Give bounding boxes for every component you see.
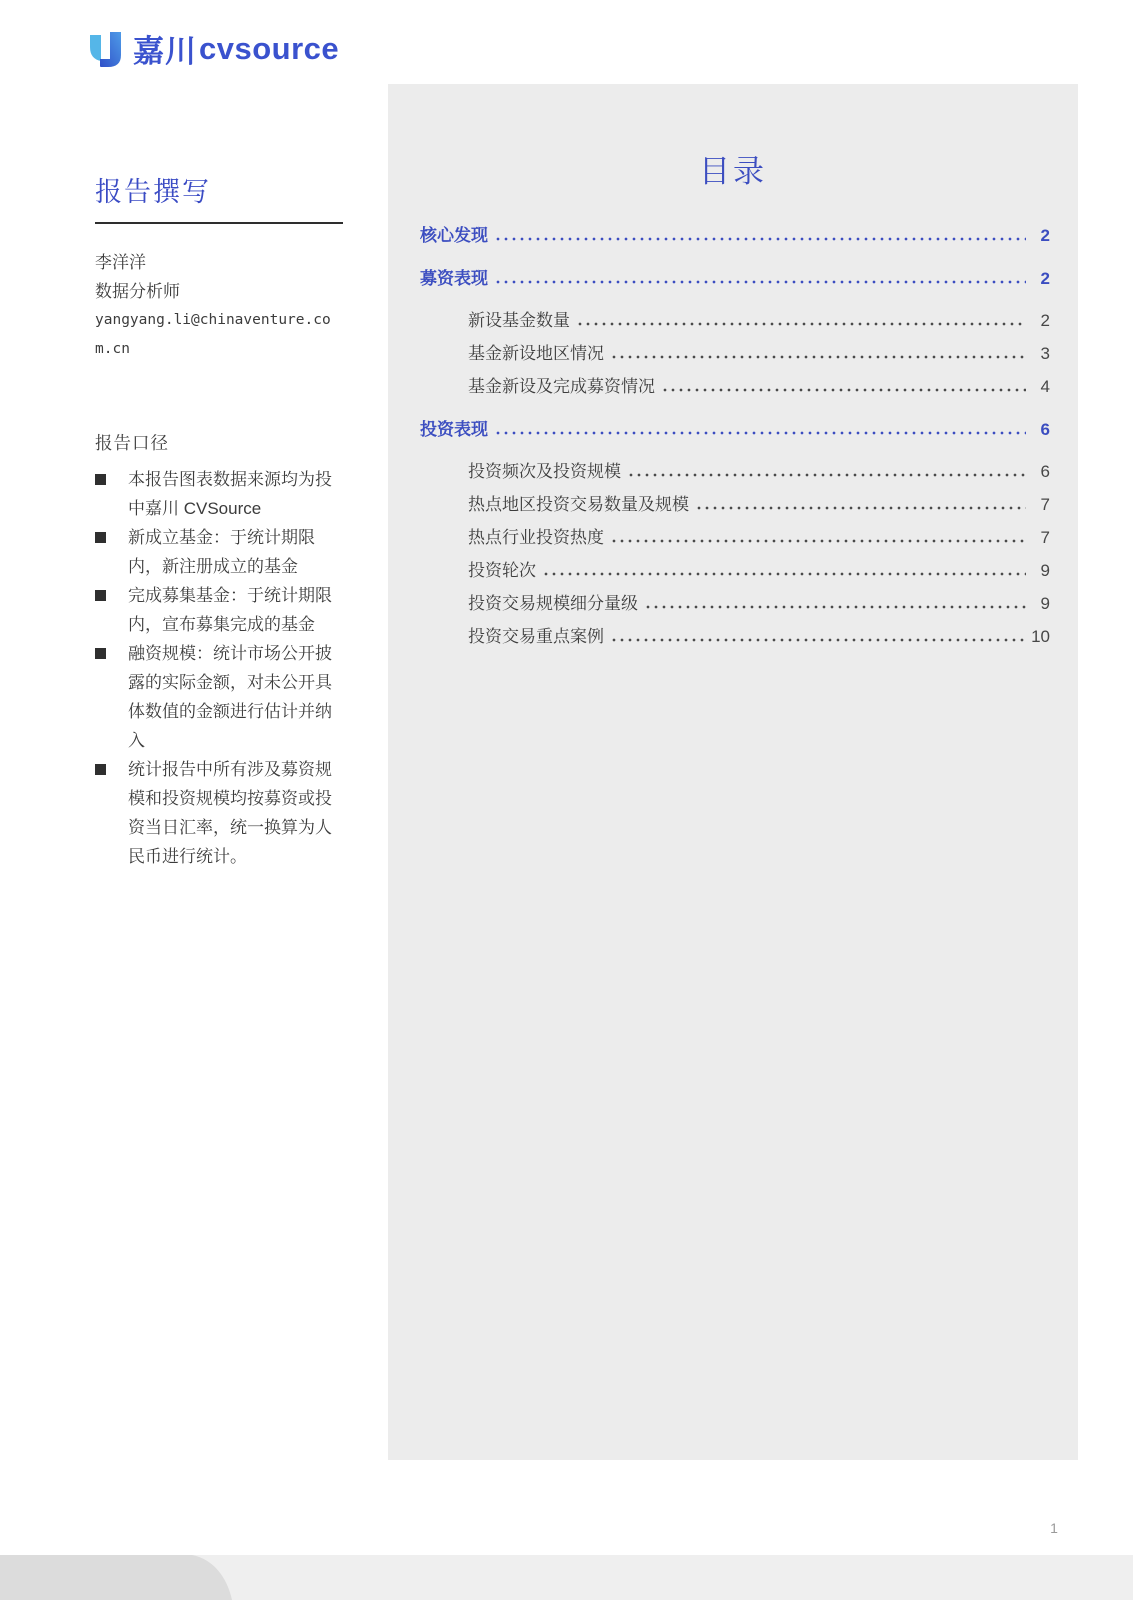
toc-leader-dots — [494, 260, 1026, 293]
caliber-item: 新成立基金：于统计期限内，新注册成立的基金 — [95, 523, 343, 581]
toc-entry-page: 2 — [1032, 226, 1050, 250]
brand-logo-icon — [84, 28, 126, 70]
report-caliber-heading: 报告口径 — [95, 430, 343, 455]
footer-decoration-bar — [0, 1555, 1133, 1600]
toc-leader-dots — [644, 585, 1026, 618]
toc-entry[interactable]: 新设基金数量2 — [420, 302, 1050, 335]
toc-entry-page: 10 — [1031, 627, 1050, 651]
toc-entry-page: 3 — [1032, 344, 1050, 368]
author-block: 李洋洋 数据分析师 yangyang.li@chinaventure.com.c… — [95, 248, 343, 364]
toc-entry-page: 7 — [1032, 495, 1050, 519]
toc-entry[interactable]: 热点行业投资热度7 — [420, 519, 1050, 552]
toc-entry-page: 2 — [1032, 269, 1050, 293]
left-sidebar: 报告撰写 李洋洋 数据分析师 yangyang.li@chinaventure.… — [95, 170, 343, 871]
toc-leader-dots — [610, 618, 1025, 651]
toc-leader-dots — [494, 217, 1026, 250]
toc-entry[interactable]: 热点地区投资交易数量及规模7 — [420, 486, 1050, 519]
toc-panel: 目录 核心发现2募资表现2新设基金数量2基金新设地区情况3基金新设及完成募资情况… — [388, 84, 1078, 1460]
toc-entry-page: 7 — [1032, 528, 1050, 552]
toc-entry-label: 热点行业投资热度 — [420, 523, 604, 552]
toc-entry-page: 4 — [1032, 377, 1050, 401]
caliber-item-text: 统计报告中所有涉及募资规模和投资规模均按募资或投资当日汇率，统一换算为人民币进行… — [128, 755, 342, 871]
report-caliber-list: 本报告图表数据来源均为投中嘉川 CVSource新成立基金：于统计期限内，新注册… — [95, 465, 343, 871]
toc-leader-dots — [576, 302, 1026, 335]
toc-entry[interactable]: 投资频次及投资规模6 — [420, 453, 1050, 486]
toc-entry[interactable]: 投资交易重点案例10 — [420, 618, 1050, 651]
toc-leader-dots — [494, 411, 1026, 444]
toc-entry-label: 投资交易重点案例 — [420, 622, 604, 651]
caliber-item: 统计报告中所有涉及募资规模和投资规模均按募资或投资当日汇率，统一换算为人民币进行… — [95, 755, 343, 871]
toc-entry[interactable]: 核心发现2 — [420, 217, 1050, 250]
report-authors-heading: 报告撰写 — [95, 170, 343, 224]
brand-name-cn: 嘉川 — [133, 26, 197, 71]
toc-entry[interactable]: 基金新设及完成募资情况4 — [420, 368, 1050, 401]
author-name: 李洋洋 — [95, 248, 343, 277]
brand-logo: 嘉川 cvsource — [84, 26, 339, 71]
caliber-item-text: 融资规模：统计市场公开披露的实际金额，对未公开具体数值的金额进行估计并纳入 — [128, 639, 342, 755]
author-role: 数据分析师 — [95, 277, 343, 306]
toc-leader-dots — [627, 453, 1026, 486]
toc-entry-label: 核心发现 — [420, 221, 488, 250]
toc-leader-dots — [695, 486, 1026, 519]
toc-entry-label: 投资轮次 — [420, 556, 536, 585]
caliber-item-text: 新成立基金：于统计期限内，新注册成立的基金 — [128, 523, 342, 581]
toc-entry-page: 9 — [1032, 594, 1050, 618]
toc-leader-dots — [610, 335, 1026, 368]
report-page: 嘉川 cvsource 报告撰写 李洋洋 数据分析师 yangyang.li@c… — [0, 0, 1133, 1600]
author-email-link[interactable]: yangyang.li@chinaventure.com.cn — [95, 306, 343, 364]
toc-leader-dots — [542, 552, 1026, 585]
toc-entry-page: 9 — [1032, 561, 1050, 585]
toc-entry-label: 新设基金数量 — [420, 306, 570, 335]
toc-entry[interactable]: 募资表现2 — [420, 260, 1050, 293]
toc-entry-label: 投资频次及投资规模 — [420, 457, 621, 486]
toc-entry-label: 基金新设及完成募资情况 — [420, 372, 655, 401]
toc-leader-dots — [661, 368, 1026, 401]
page-number: 1 — [1044, 1520, 1064, 1536]
toc-entry-page: 2 — [1032, 311, 1050, 335]
toc-entry-page: 6 — [1032, 462, 1050, 486]
brand-name-en: cvsource — [199, 31, 339, 67]
caliber-item: 本报告图表数据来源均为投中嘉川 CVSource — [95, 465, 343, 523]
toc-entry-label: 热点地区投资交易数量及规模 — [420, 490, 689, 519]
toc-title: 目录 — [388, 84, 1078, 191]
toc-entry[interactable]: 基金新设地区情况3 — [420, 335, 1050, 368]
toc-entry-page: 6 — [1032, 420, 1050, 444]
toc-entry-label: 募资表现 — [420, 264, 488, 293]
toc-entry[interactable]: 投资表现6 — [420, 411, 1050, 444]
toc-list: 核心发现2募资表现2新设基金数量2基金新设地区情况3基金新设及完成募资情况4投资… — [388, 217, 1078, 651]
toc-entry[interactable]: 投资轮次9 — [420, 552, 1050, 585]
caliber-item-text: 本报告图表数据来源均为投中嘉川 CVSource — [128, 465, 342, 523]
square-bullet-icon — [95, 590, 106, 601]
square-bullet-icon — [95, 532, 106, 543]
toc-entry[interactable]: 投资交易规模细分量级9 — [420, 585, 1050, 618]
toc-entry-label: 投资交易规模细分量级 — [420, 589, 638, 618]
square-bullet-icon — [95, 764, 106, 775]
square-bullet-icon — [95, 648, 106, 659]
toc-entry-label: 投资表现 — [420, 415, 488, 444]
square-bullet-icon — [95, 474, 106, 485]
caliber-item-text: 完成募集基金：于统计期限内，宣布募集完成的基金 — [128, 581, 342, 639]
toc-leader-dots — [610, 519, 1026, 552]
toc-entry-label: 基金新设地区情况 — [420, 339, 604, 368]
caliber-item: 完成募集基金：于统计期限内，宣布募集完成的基金 — [95, 581, 343, 639]
caliber-item: 融资规模：统计市场公开披露的实际金额，对未公开具体数值的金额进行估计并纳入 — [95, 639, 343, 755]
